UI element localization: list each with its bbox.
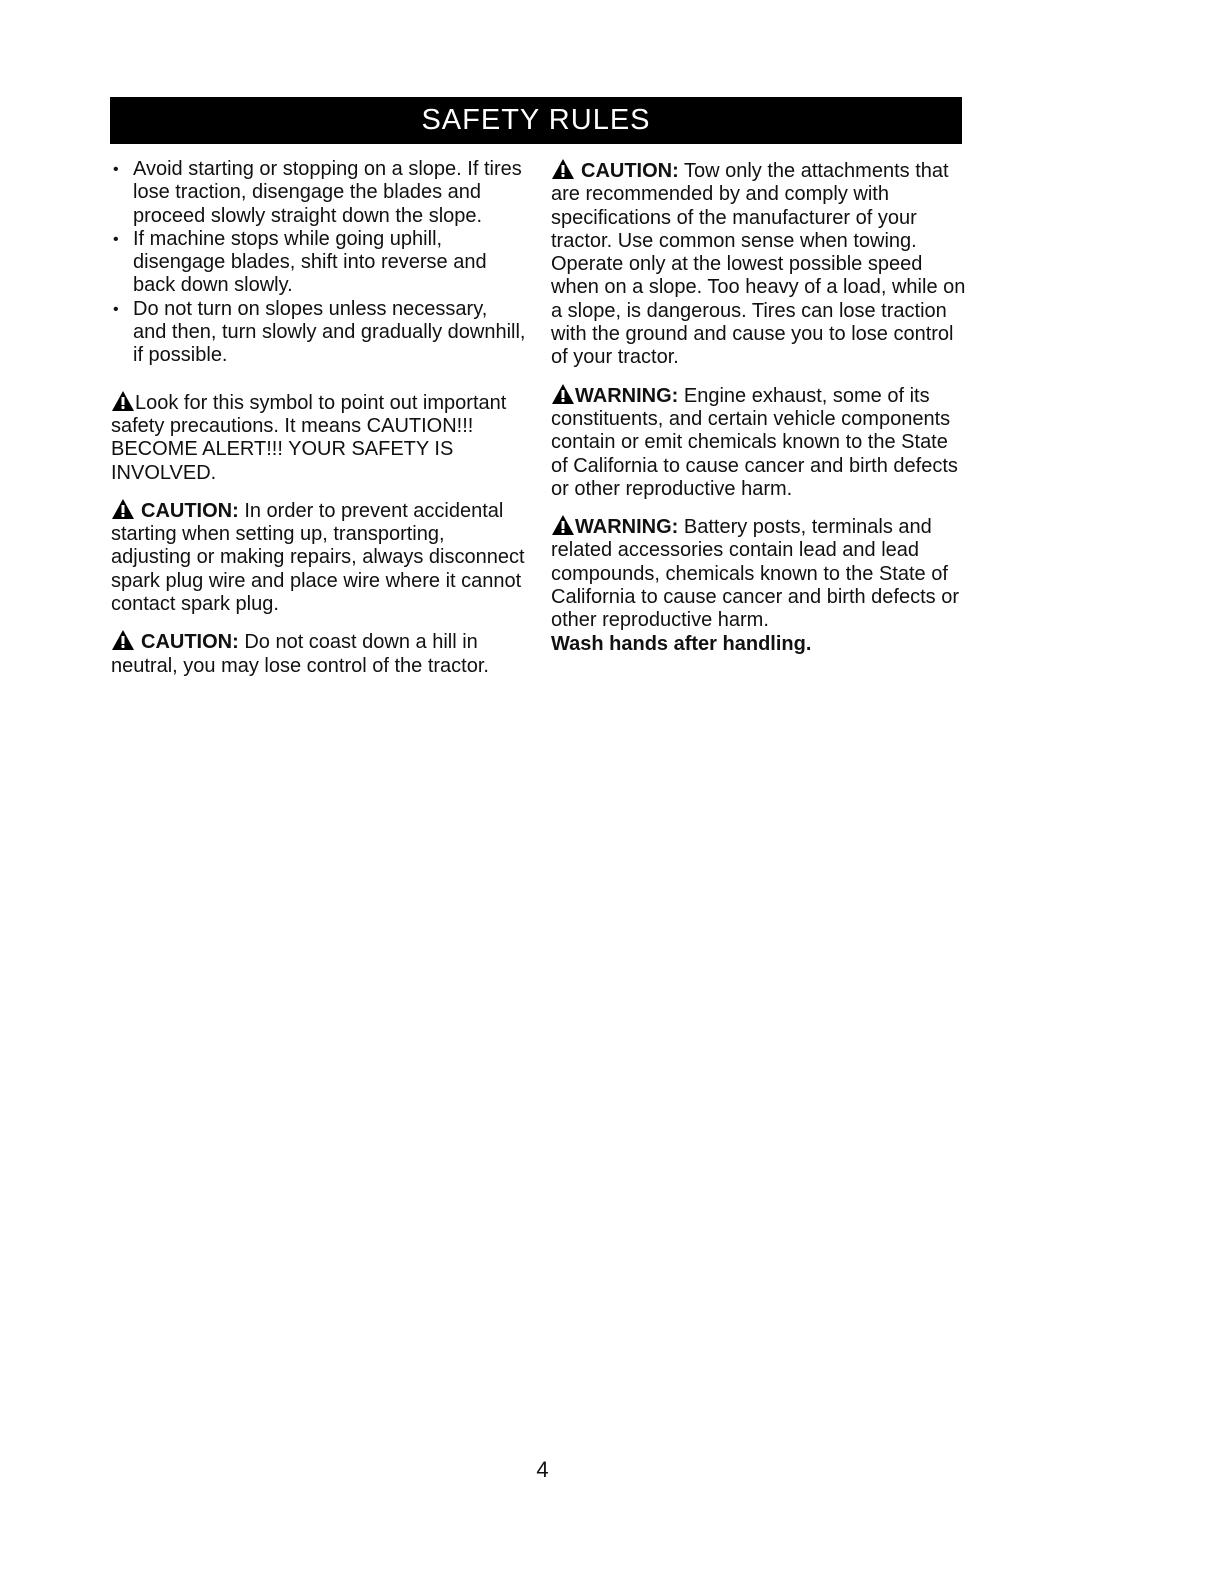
caution-label: CAUTION: [141,500,239,522]
left-column: Avoid starting or stopping on a slope. I… [111,158,526,691]
section-header: SAFETY RULES [110,97,962,144]
caution-coast: CAUTION: Do not coast down a hill in neu… [111,629,526,678]
warning-triangle-icon [111,629,135,651]
list-item: Do not turn on slopes unless necessary, … [111,298,526,368]
warning-triangle-icon [551,514,575,536]
warning-triangle-icon [551,383,575,405]
caution-spark-plug: CAUTION: In order to prevent accidental … [111,498,526,616]
caution-label: CAUTION: [581,160,679,182]
caution-text: Tow only the attachments that are recomm… [551,160,965,368]
caution-label: CAUTION: [141,631,239,653]
symbol-note: Look for this symbol to point out import… [111,390,526,485]
slope-rules-list: Avoid starting or stopping on a slope. I… [111,158,526,368]
list-item: If machine stops while going uphill, dis… [111,228,526,298]
wash-hands-emphasis: Wash hands after handling. [551,633,811,655]
warning-triangle-icon [111,498,135,520]
section-title: SAFETY RULES [421,104,650,137]
warning-label: WARNING: [575,385,678,407]
caution-tow: CAUTION: Tow only the attachments that a… [551,158,966,370]
right-column: CAUTION: Tow only the attachments that a… [551,158,966,669]
warning-triangle-icon [551,158,575,180]
warning-triangle-icon [111,390,135,412]
page-number: 4 [0,1457,1085,1483]
list-item: Avoid starting or stopping on a slope. I… [111,158,526,228]
symbol-note-text: Look for this symbol to point out import… [111,392,506,484]
warning-exhaust: WARNING: Engine exhaust, some of its con… [551,383,966,501]
warning-label: WARNING: [575,516,678,538]
warning-battery: WARNING: Battery posts, terminals and re… [551,514,966,656]
